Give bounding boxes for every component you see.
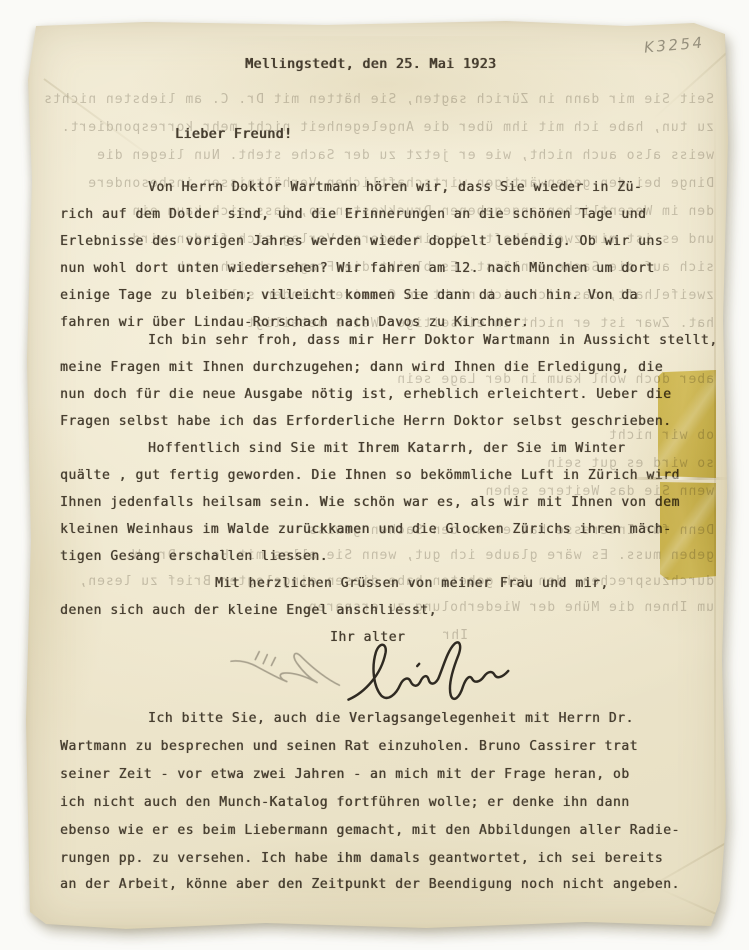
tape-sheen xyxy=(658,370,716,478)
typed-line: fahren wir über Lindau-Rorschach nach Da… xyxy=(60,316,529,329)
letter-paper: Seit Sie mir dann in Zürich sagten, Sie … xyxy=(26,20,728,932)
typed-line: rich auf dem Dolder sind, und die Erinne… xyxy=(60,208,646,221)
postscript-line: ebenso wie er es beim Liebermann gemacht… xyxy=(60,824,680,837)
bleedthrough-line: Seit Sie mir dann in Zürich sagten, Sie … xyxy=(38,93,714,106)
catalog-number-pencil: K3254 xyxy=(643,33,705,56)
bleedthrough-line: weiss also auch nicht, wie er jetzt zu d… xyxy=(38,149,714,162)
paper-crease xyxy=(714,100,716,860)
postscript-line: Ich bitte Sie, auch die Verlagsangelegen… xyxy=(148,712,634,725)
typed-line: kleinen Weinhaus im Walde zurückkamen un… xyxy=(60,523,672,536)
closing-line: denen sich auch der kleine Engel anschli… xyxy=(60,604,437,617)
typed-line: Ich bin sehr froh, dass mir Herr Doktor … xyxy=(148,334,718,347)
typed-line: Von Herrn Doktor Wartmann hören wir, das… xyxy=(148,181,642,194)
postscript-line: rungen pp. zu versehen. Ich habe ihm dam… xyxy=(60,852,663,865)
postscript-line: Wartmann zu besprechen und seinen Rat ei… xyxy=(60,740,638,753)
letter-page: Seit Sie mir dann in Zürich sagten, Sie … xyxy=(26,20,728,932)
typed-line: nun doch für die neue Ausgabe nötig ist,… xyxy=(60,388,672,401)
tape-sheen xyxy=(660,482,716,580)
dateline: Mellingstedt, den 25. Mai 1923 xyxy=(245,58,496,71)
typed-line: einige Tage zu bleiben; villeicht kommen… xyxy=(60,289,638,302)
typed-line: meine Fragen mit Ihnen durchzugehen; dan… xyxy=(60,361,663,374)
paper-crease xyxy=(43,78,166,168)
tape-strip-bottom xyxy=(660,482,716,580)
tape-strip-top xyxy=(658,370,716,478)
typed-line: quälte , gut fertig geworden. Die Ihnen … xyxy=(60,469,680,482)
salutation: Lieber Freund! xyxy=(175,128,292,141)
typed-line: Ihnen jedenfalls heilsam sein. Wie schön… xyxy=(60,496,680,509)
paper-stain xyxy=(16,400,106,760)
scan-background: Seit Sie mir dann in Zürich sagten, Sie … xyxy=(0,0,749,950)
bleedthrough-line: zu tun, habe ich mit ihm über die Angele… xyxy=(38,121,714,134)
typed-line: nun wohl dort unten wiedersehen? Wir fah… xyxy=(60,262,655,275)
closing-line: Mit herzlichen Grüssen von meiner Frau u… xyxy=(215,577,609,590)
typed-line: Hoffentlich sind Sie mit Ihrem Katarrh, … xyxy=(148,442,625,455)
postscript-line: ich nicht auch den Munch-Katalog fortfüh… xyxy=(60,796,630,809)
typed-line: Erlebnisse des vorigen Jahres werden wie… xyxy=(60,235,663,248)
typed-line: tigen Gesang erschallen liessen. xyxy=(60,550,328,563)
signature-schiefler xyxy=(320,631,524,721)
typed-line: Fragen selbst habe ich das Erforderliche… xyxy=(60,415,672,428)
postscript-line: seiner Zeit - vor etwa zwei Jahren - an … xyxy=(60,768,630,781)
postscript-line: an der Arbeit, könne aber den Zeitpunkt … xyxy=(60,878,680,891)
paper-crease xyxy=(659,888,733,922)
